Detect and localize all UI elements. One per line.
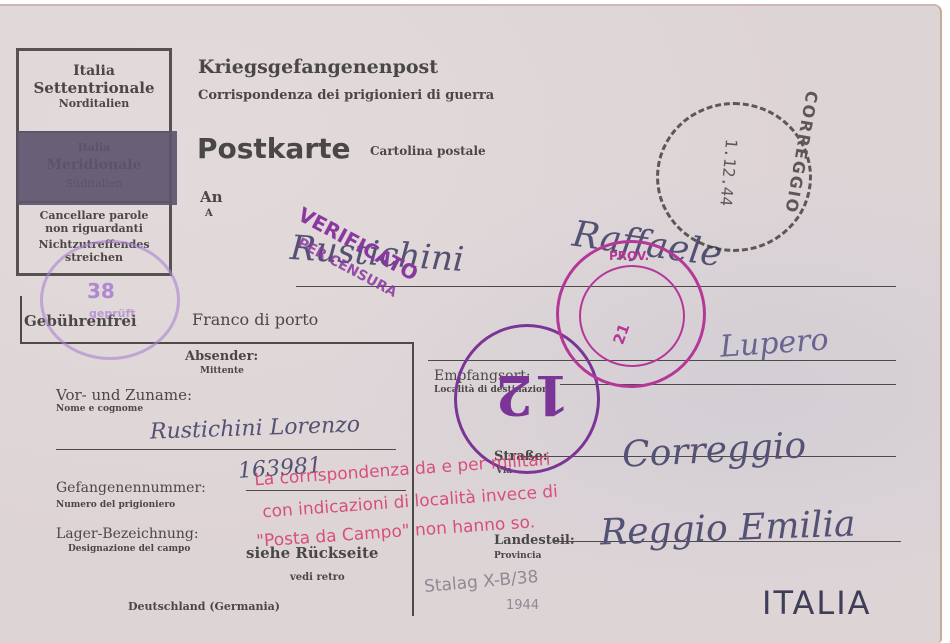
provincial-censor-stamp: PROV. 21 xyxy=(556,240,706,388)
province-label-it: Provincia xyxy=(494,551,541,561)
sender-heading-it: Mittente xyxy=(200,366,244,376)
provincial-stamp-text: PROV. xyxy=(609,249,649,263)
camp-value-it: vedi retro xyxy=(290,572,345,583)
province-label: Landesteil: xyxy=(494,533,575,548)
postcard: Italia Settentrionale Norditalien Italia… xyxy=(0,4,942,643)
region-line1: Italia xyxy=(19,63,169,79)
card-type: Postkarte xyxy=(197,132,351,165)
postmark-date: 1.12.44 xyxy=(716,138,741,207)
region-south-cancelled: Italia Meridionale Süditalien xyxy=(19,131,169,203)
name-label-it: Nome e cognome xyxy=(56,404,143,414)
sender-heading: Absender: xyxy=(185,349,258,364)
region-north: Italia Settentrionale Norditalien xyxy=(19,51,169,131)
region-line2: Settentrionale xyxy=(19,79,169,97)
postmark-stamp: CORREGGIO 1.12.44 xyxy=(656,102,812,252)
number-label-it: Numero del prigioniero xyxy=(56,500,175,510)
provincial-stamp-inner-ring xyxy=(579,265,685,367)
postage-bracket xyxy=(20,296,22,344)
camp-stamp-number: 38 xyxy=(87,279,115,303)
to-label: An xyxy=(200,188,223,206)
camp-censor-stamp: 38 geprüft xyxy=(40,240,180,360)
street-value: Correggio xyxy=(621,425,807,476)
pencil-annotation-1: Stalag X-B/38 xyxy=(423,567,539,597)
number-line xyxy=(246,490,406,491)
sender-country: Deutschland (Germania) xyxy=(128,600,280,613)
name-label: Vor- und Zuname: xyxy=(56,386,192,404)
country-value: ITALIA xyxy=(762,584,872,622)
sender-name-value: Rustichini Lorenzo xyxy=(150,412,361,444)
instruction-it-2: non riguardanti xyxy=(19,222,169,235)
instruction-it-1: Cancellare parole xyxy=(19,209,169,222)
recipient-line3-value: Lupero xyxy=(719,322,830,364)
region-line3: Norditalien xyxy=(19,97,169,110)
postmark-text: CORREGGIO xyxy=(781,89,821,215)
province-value: Reggio Emilia xyxy=(599,504,856,554)
card-type-it: Cartolina postale xyxy=(370,144,486,158)
censor-number: 12 xyxy=(495,363,570,427)
name-line xyxy=(56,449,396,450)
card-title: Kriegsgefangenenpost xyxy=(198,56,438,78)
pencil-annotation-2: 1944 xyxy=(506,598,539,613)
number-label: Gefangenennummer: xyxy=(56,480,206,496)
postage-label-it: Franco di porto xyxy=(192,310,318,329)
to-label-it: A xyxy=(205,208,213,219)
cancellation-block xyxy=(17,131,177,205)
camp-label: Lager-Bezeichnung: xyxy=(56,526,199,542)
camp-stamp-text: geprüft xyxy=(89,307,136,320)
card-subtitle: Corrispondenza dei prigionieri di guerra xyxy=(198,88,494,103)
camp-label-it: Designazione del campo xyxy=(68,544,190,554)
